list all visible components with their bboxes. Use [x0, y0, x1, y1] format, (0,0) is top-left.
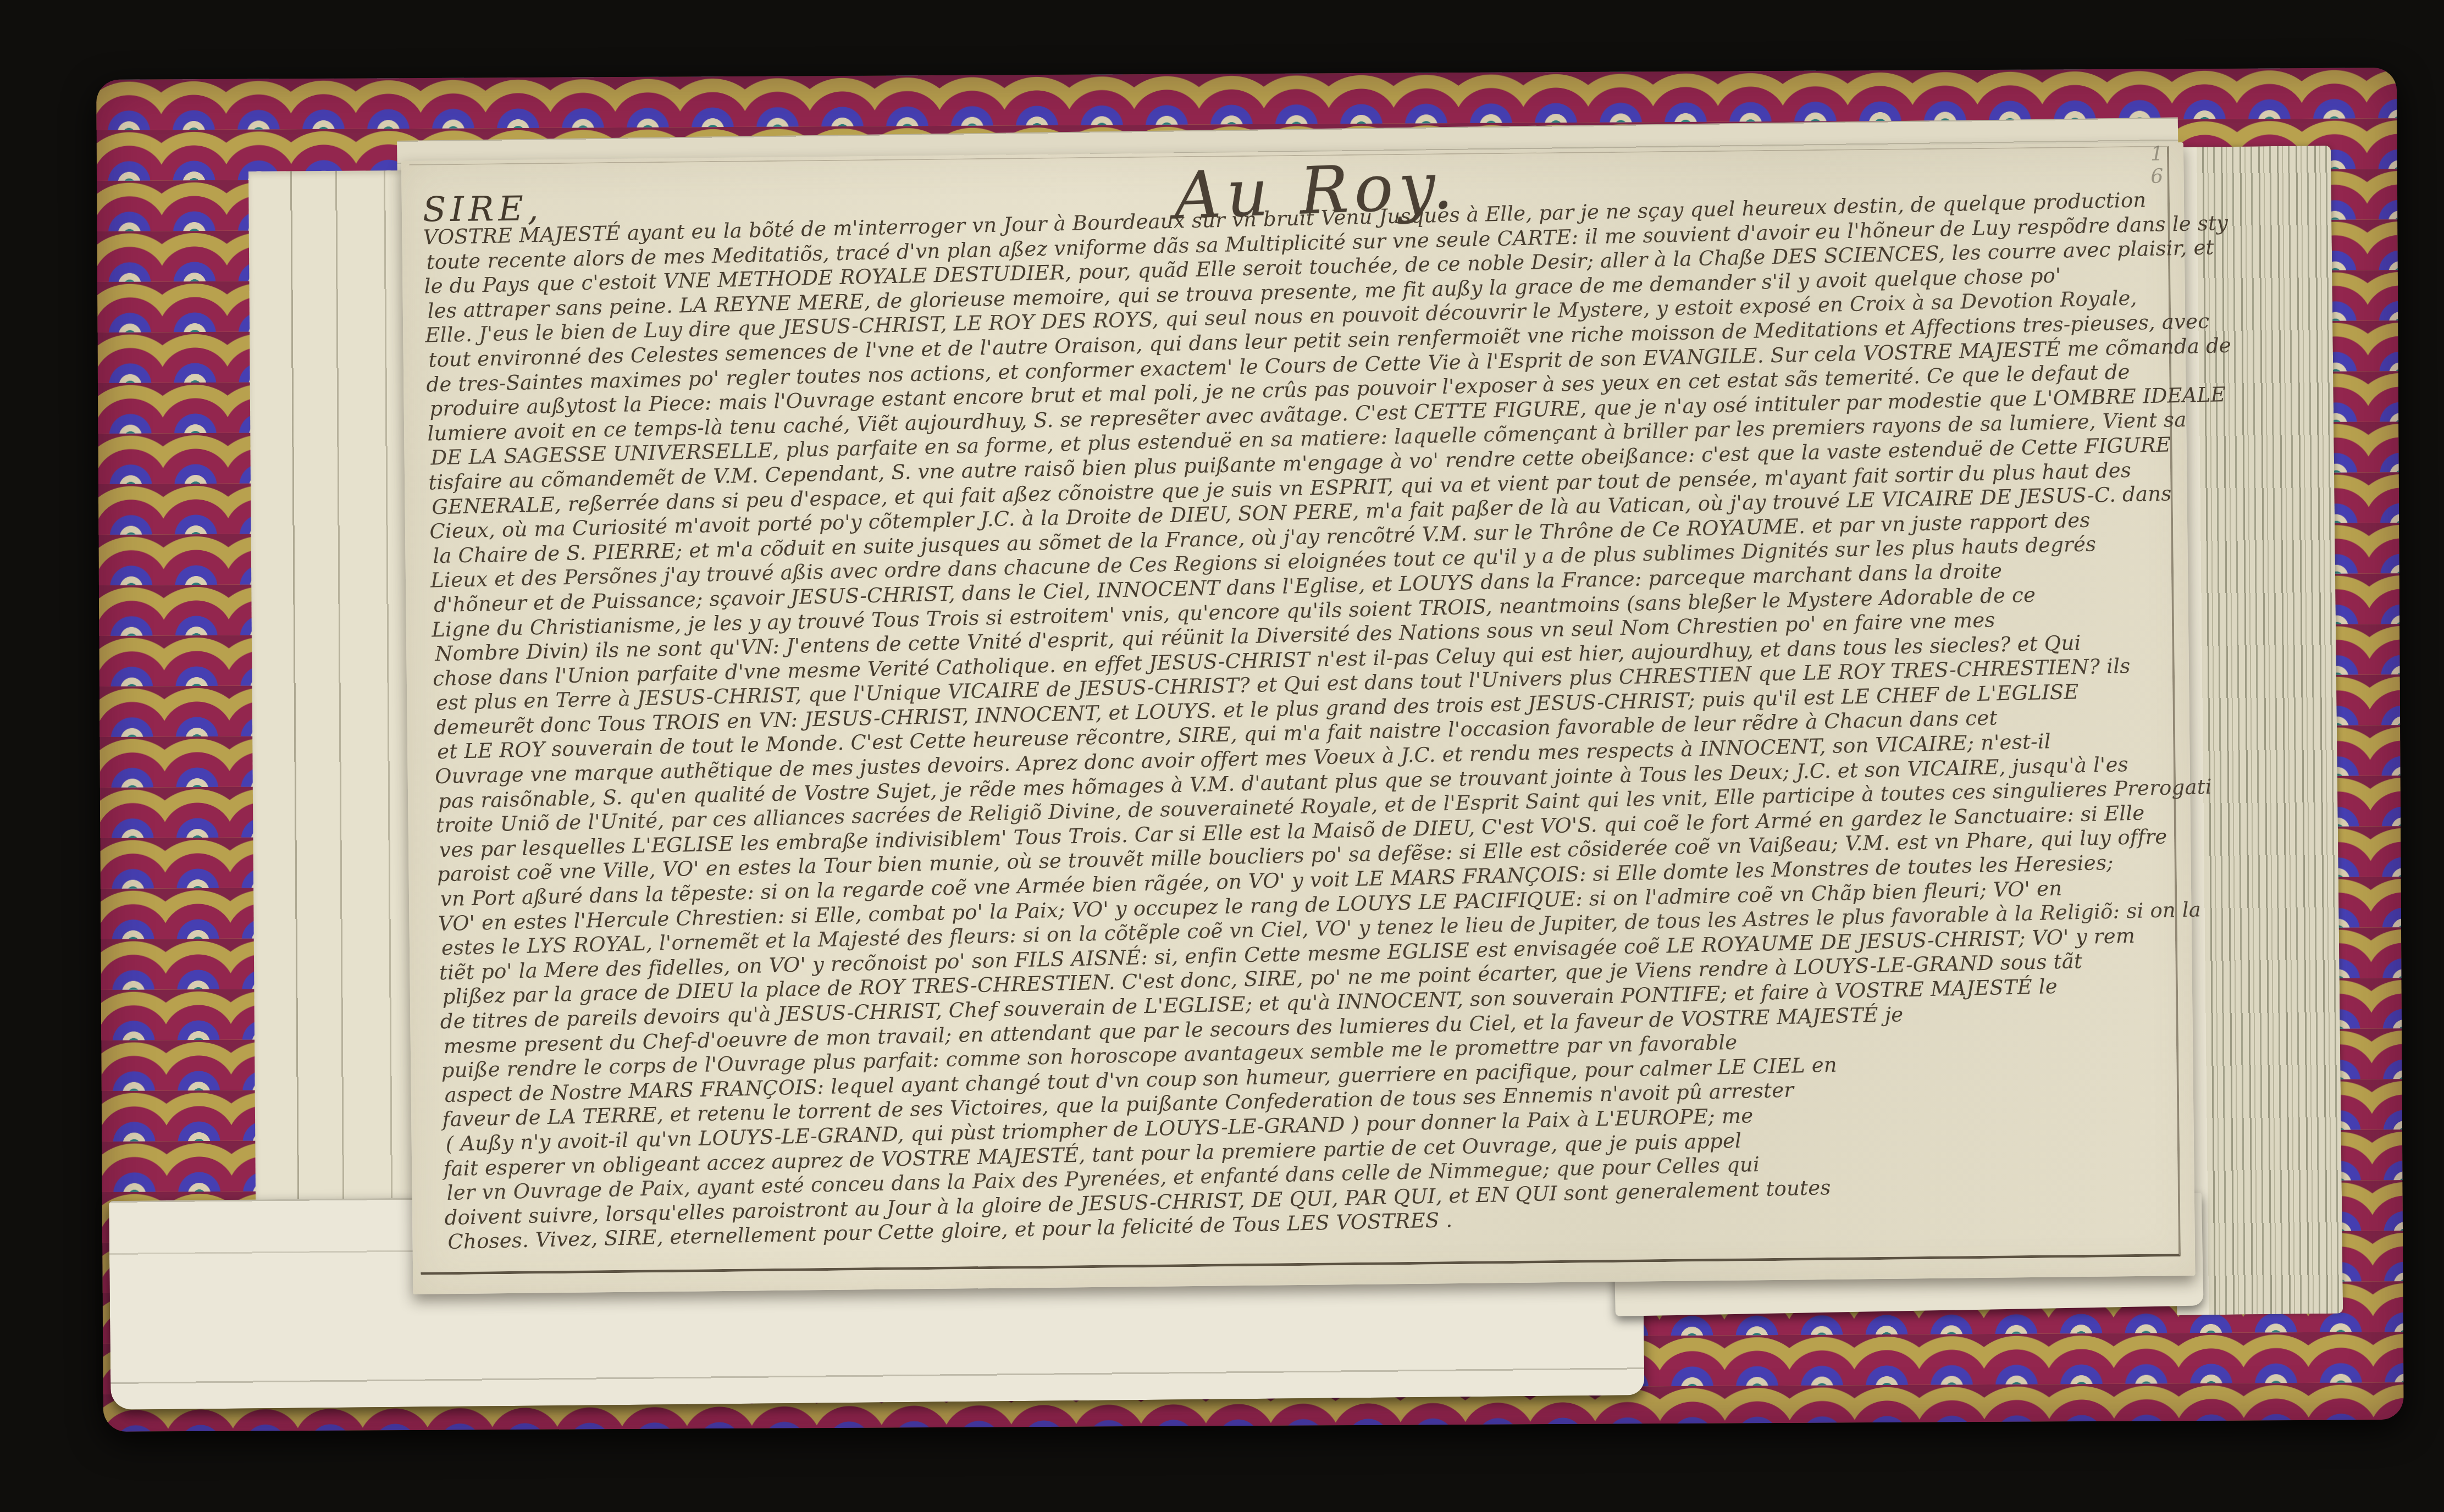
dedication-text: VOSTRE MAJESTÉ ayant eu la bõté de m'int… — [423, 187, 2187, 1255]
pencil-folio-mark: 1 6 — [2150, 142, 2184, 188]
photo-background: { "page": { "title": "Au Roy.", "salutat… — [0, 0, 2444, 1512]
main-page: Au Roy. SIRE, 1 6 VOSTRE MAJESTÉ ayant e… — [401, 142, 2195, 1294]
left-page-edges — [248, 170, 421, 1290]
